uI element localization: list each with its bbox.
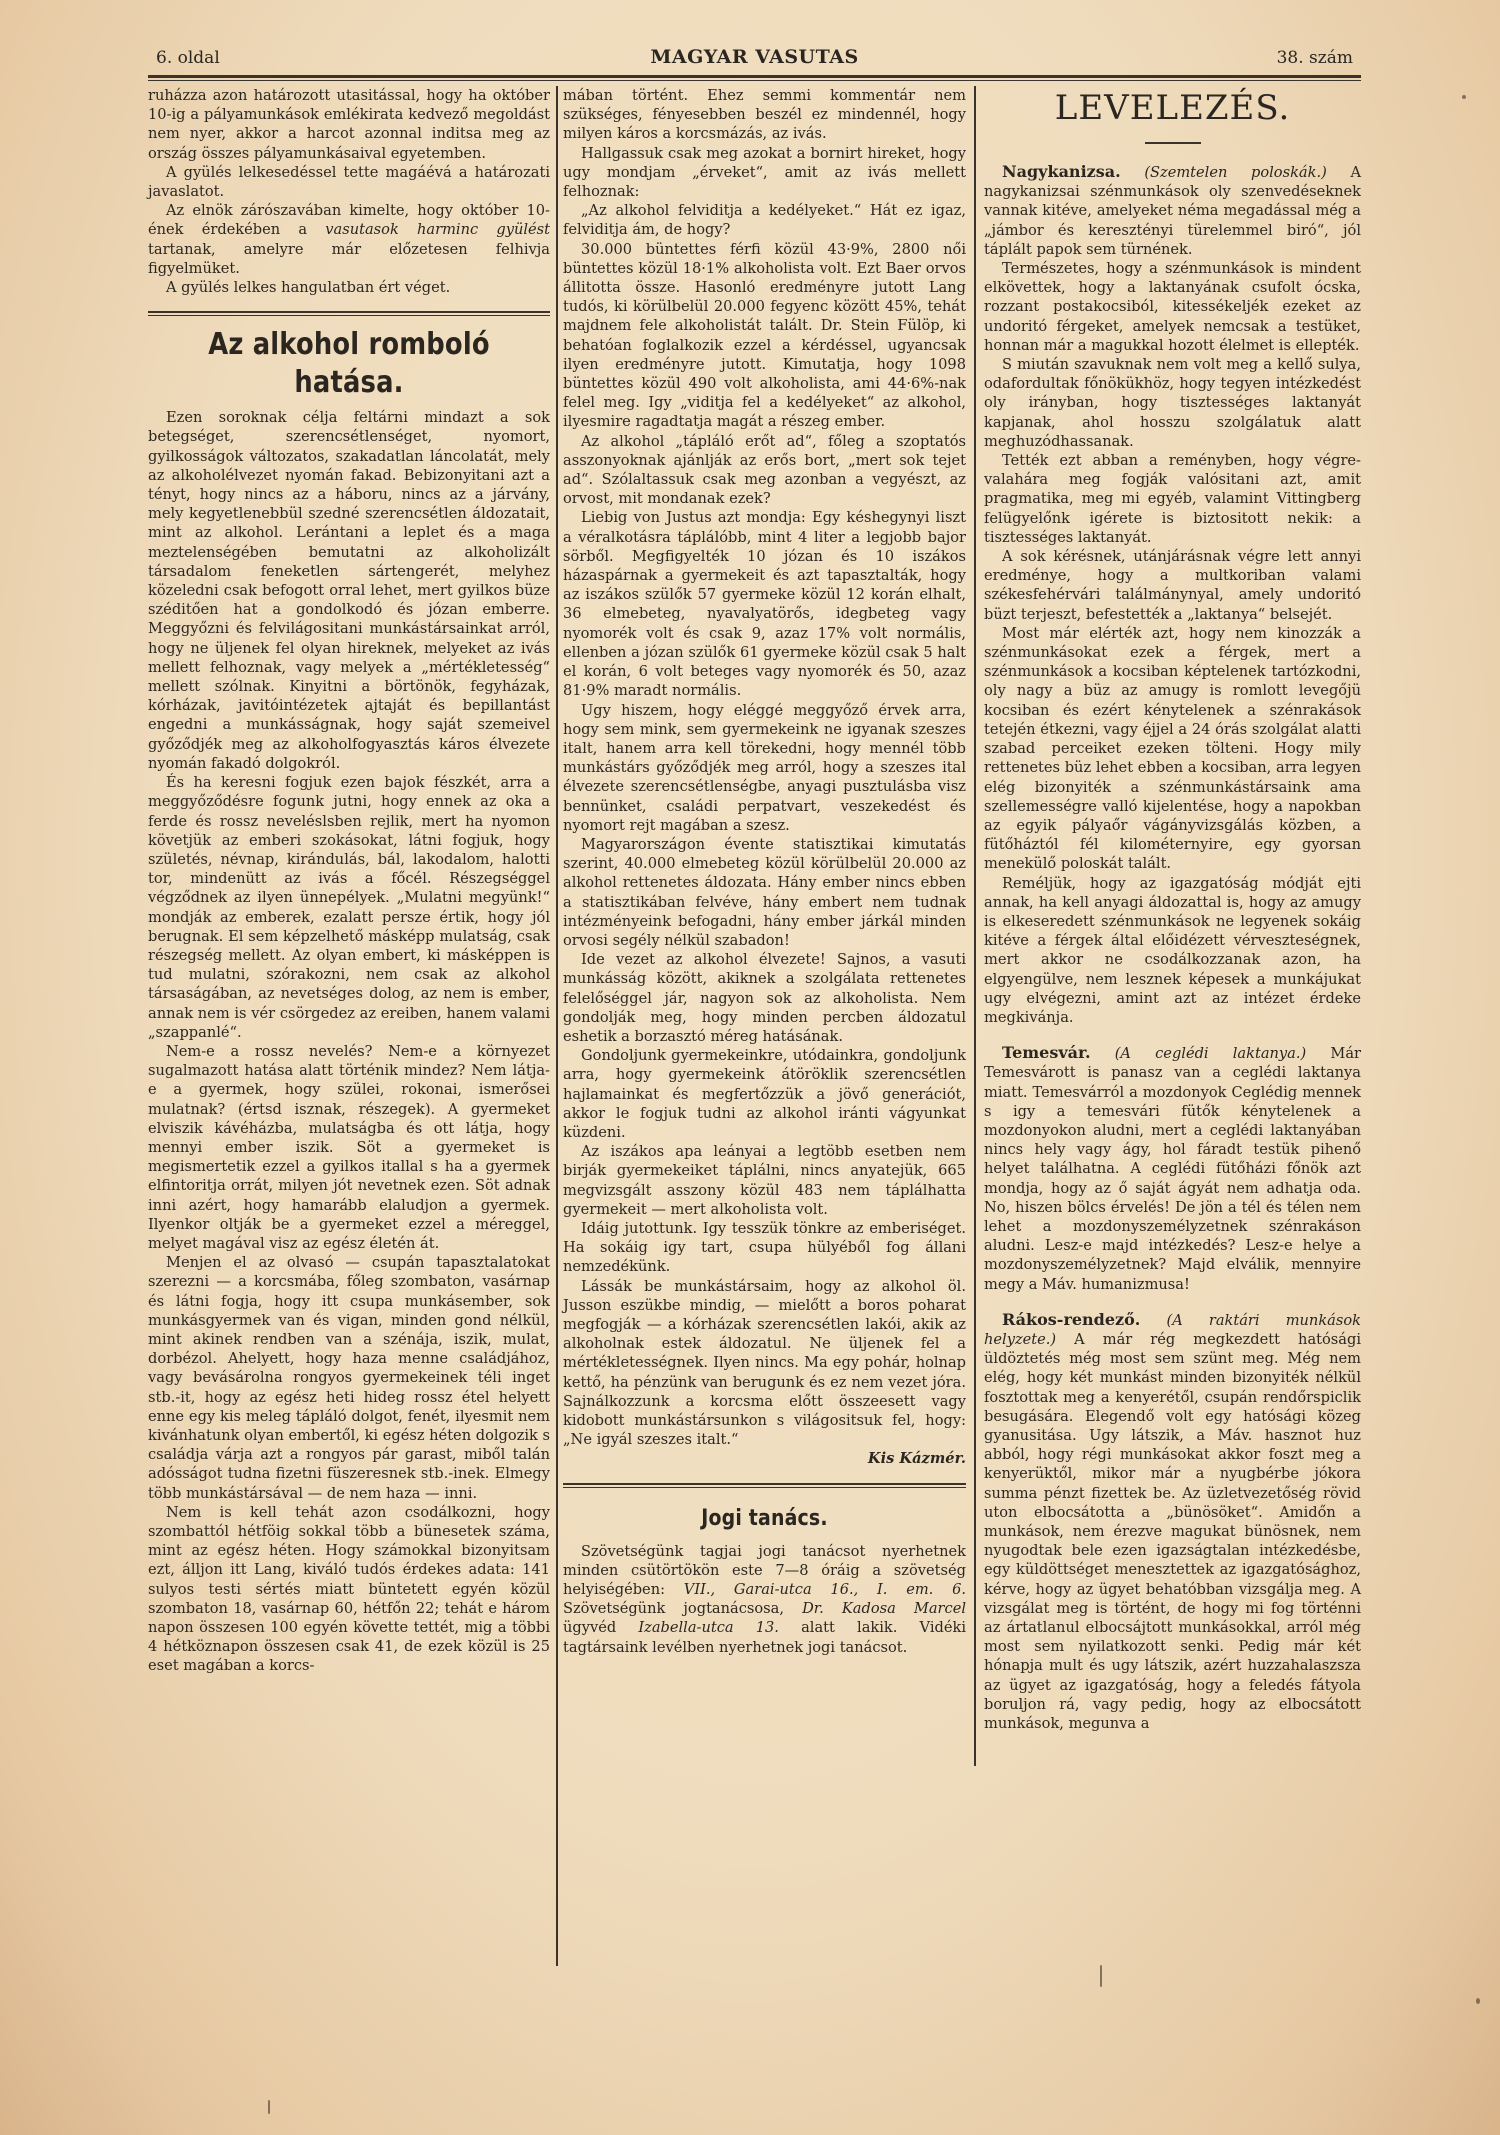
letter-item: Nagykanizsa. (Szemtelen poloskák.) A nag… <box>984 162 1361 259</box>
paragraph: Menjen el az olvasó — csupán tapasztalat… <box>148 1253 550 1503</box>
letter-item: Rákos-rendező. (A raktári munkások helyz… <box>984 1310 1361 1733</box>
paragraph: „Az alkohol felviditja a kedélyeket.“ Há… <box>563 201 966 239</box>
paragraph: S miután szavuknak nem volt meg a kellő … <box>984 355 1361 451</box>
paragraph: Magyarországon évente statisztikai kimut… <box>563 835 966 950</box>
paragraph: ruházza azon határozott utasitással, hog… <box>148 86 550 163</box>
column-2: mában történt. Ehez semmi kommentár nem … <box>563 86 966 1657</box>
paragraph: A sok kérésnek, utánjárásnak végre lett … <box>984 547 1361 624</box>
letter-item: Temesvár. (A ceglédi laktanya.) Már Teme… <box>984 1043 1361 1294</box>
paragraph: Ezen soroknak célja feltárni mindazt a s… <box>148 408 550 773</box>
paper-speck <box>268 2100 270 2114</box>
paragraph: Lássák be munkástársaim, hogy az alkohol… <box>563 1277 966 1450</box>
column-divider <box>974 86 976 1766</box>
section-headline: LEVELEZÉS. <box>984 88 1361 128</box>
paper-speck <box>1462 95 1466 99</box>
paragraph: Idáig jutottunk. Igy tesszük tönkre az e… <box>563 1219 966 1277</box>
paragraph: Nem-e a rossz nevelés? Nem-e a környezet… <box>148 1042 550 1253</box>
short-divider <box>1145 142 1201 144</box>
paragraph: Liebig von Justus azt mondja: Egy késheg… <box>563 508 966 700</box>
paragraph: És ha keresni fogjuk ezen bajok fészkét,… <box>148 773 550 1042</box>
paragraph: Ugy hiszem, hogy eléggé meggyőző érvek a… <box>563 701 966 835</box>
column-3: LEVELEZÉS. Nagykanizsa. (Szemtelen polos… <box>984 86 1361 1733</box>
paragraph: Hallgassuk csak meg azokat a bornirt hir… <box>563 144 966 202</box>
article-headline: Jogi tanács. <box>591 1502 938 1536</box>
paragraph: Nem is kell tehát azon csodálkozni, hogy… <box>148 1503 550 1676</box>
paragraph: A gyülés lelkesedéssel tette magáévá a h… <box>148 163 550 201</box>
masthead-title: MAGYAR VASUTAS <box>148 46 1361 68</box>
section-divider <box>148 311 550 316</box>
paragraph: Az iszákos apa leányai a legtöbb esetben… <box>563 1142 966 1219</box>
paragraph: Ide vezet az alkohol élvezete! Sajnos, a… <box>563 950 966 1046</box>
running-head: 6. oldal MAGYAR VASUTAS 38. szám <box>148 48 1361 74</box>
paragraph: Az elnök zárószavában kimelte, hogy októ… <box>148 201 550 278</box>
paragraph: A gyülés lelkes hangulatban ért véget. <box>148 278 550 297</box>
paragraph: Gondoljunk gyermekeinkre, utódainkra, go… <box>563 1046 966 1142</box>
section-divider <box>563 1483 966 1488</box>
paragraph: Most már elérték azt, hogy nem kinozzák … <box>984 624 1361 874</box>
paper-speck <box>1476 1998 1480 2004</box>
paragraph: 30.000 büntettes férfi közül 43·9%, 2800… <box>563 240 966 432</box>
author-signature: Kis Kázmér. <box>563 1449 966 1468</box>
paragraph: Tették ezt abban a reményben, hogy végre… <box>984 451 1361 547</box>
header-rule <box>148 75 1361 81</box>
article-headline: Az alkohol romboló hatása. <box>176 326 522 402</box>
paper-speck <box>1100 1965 1102 1987</box>
issue-number: 38. szám <box>1277 48 1353 68</box>
column-1: ruházza azon határozott utasitással, hog… <box>148 86 550 1676</box>
column-divider <box>556 86 558 1966</box>
paragraph: Természetes, hogy a szénmunkások is mind… <box>984 259 1361 355</box>
paragraph: Az alkohol „tápláló erőt ad“, főleg a sz… <box>563 432 966 509</box>
paragraph: Reméljük, hogy az igazgatóság módját ejt… <box>984 874 1361 1028</box>
paragraph: mában történt. Ehez semmi kommentár nem … <box>563 86 966 144</box>
paragraph: Szövetségünk tagjai jogi tanácsot nyerhe… <box>563 1542 966 1657</box>
